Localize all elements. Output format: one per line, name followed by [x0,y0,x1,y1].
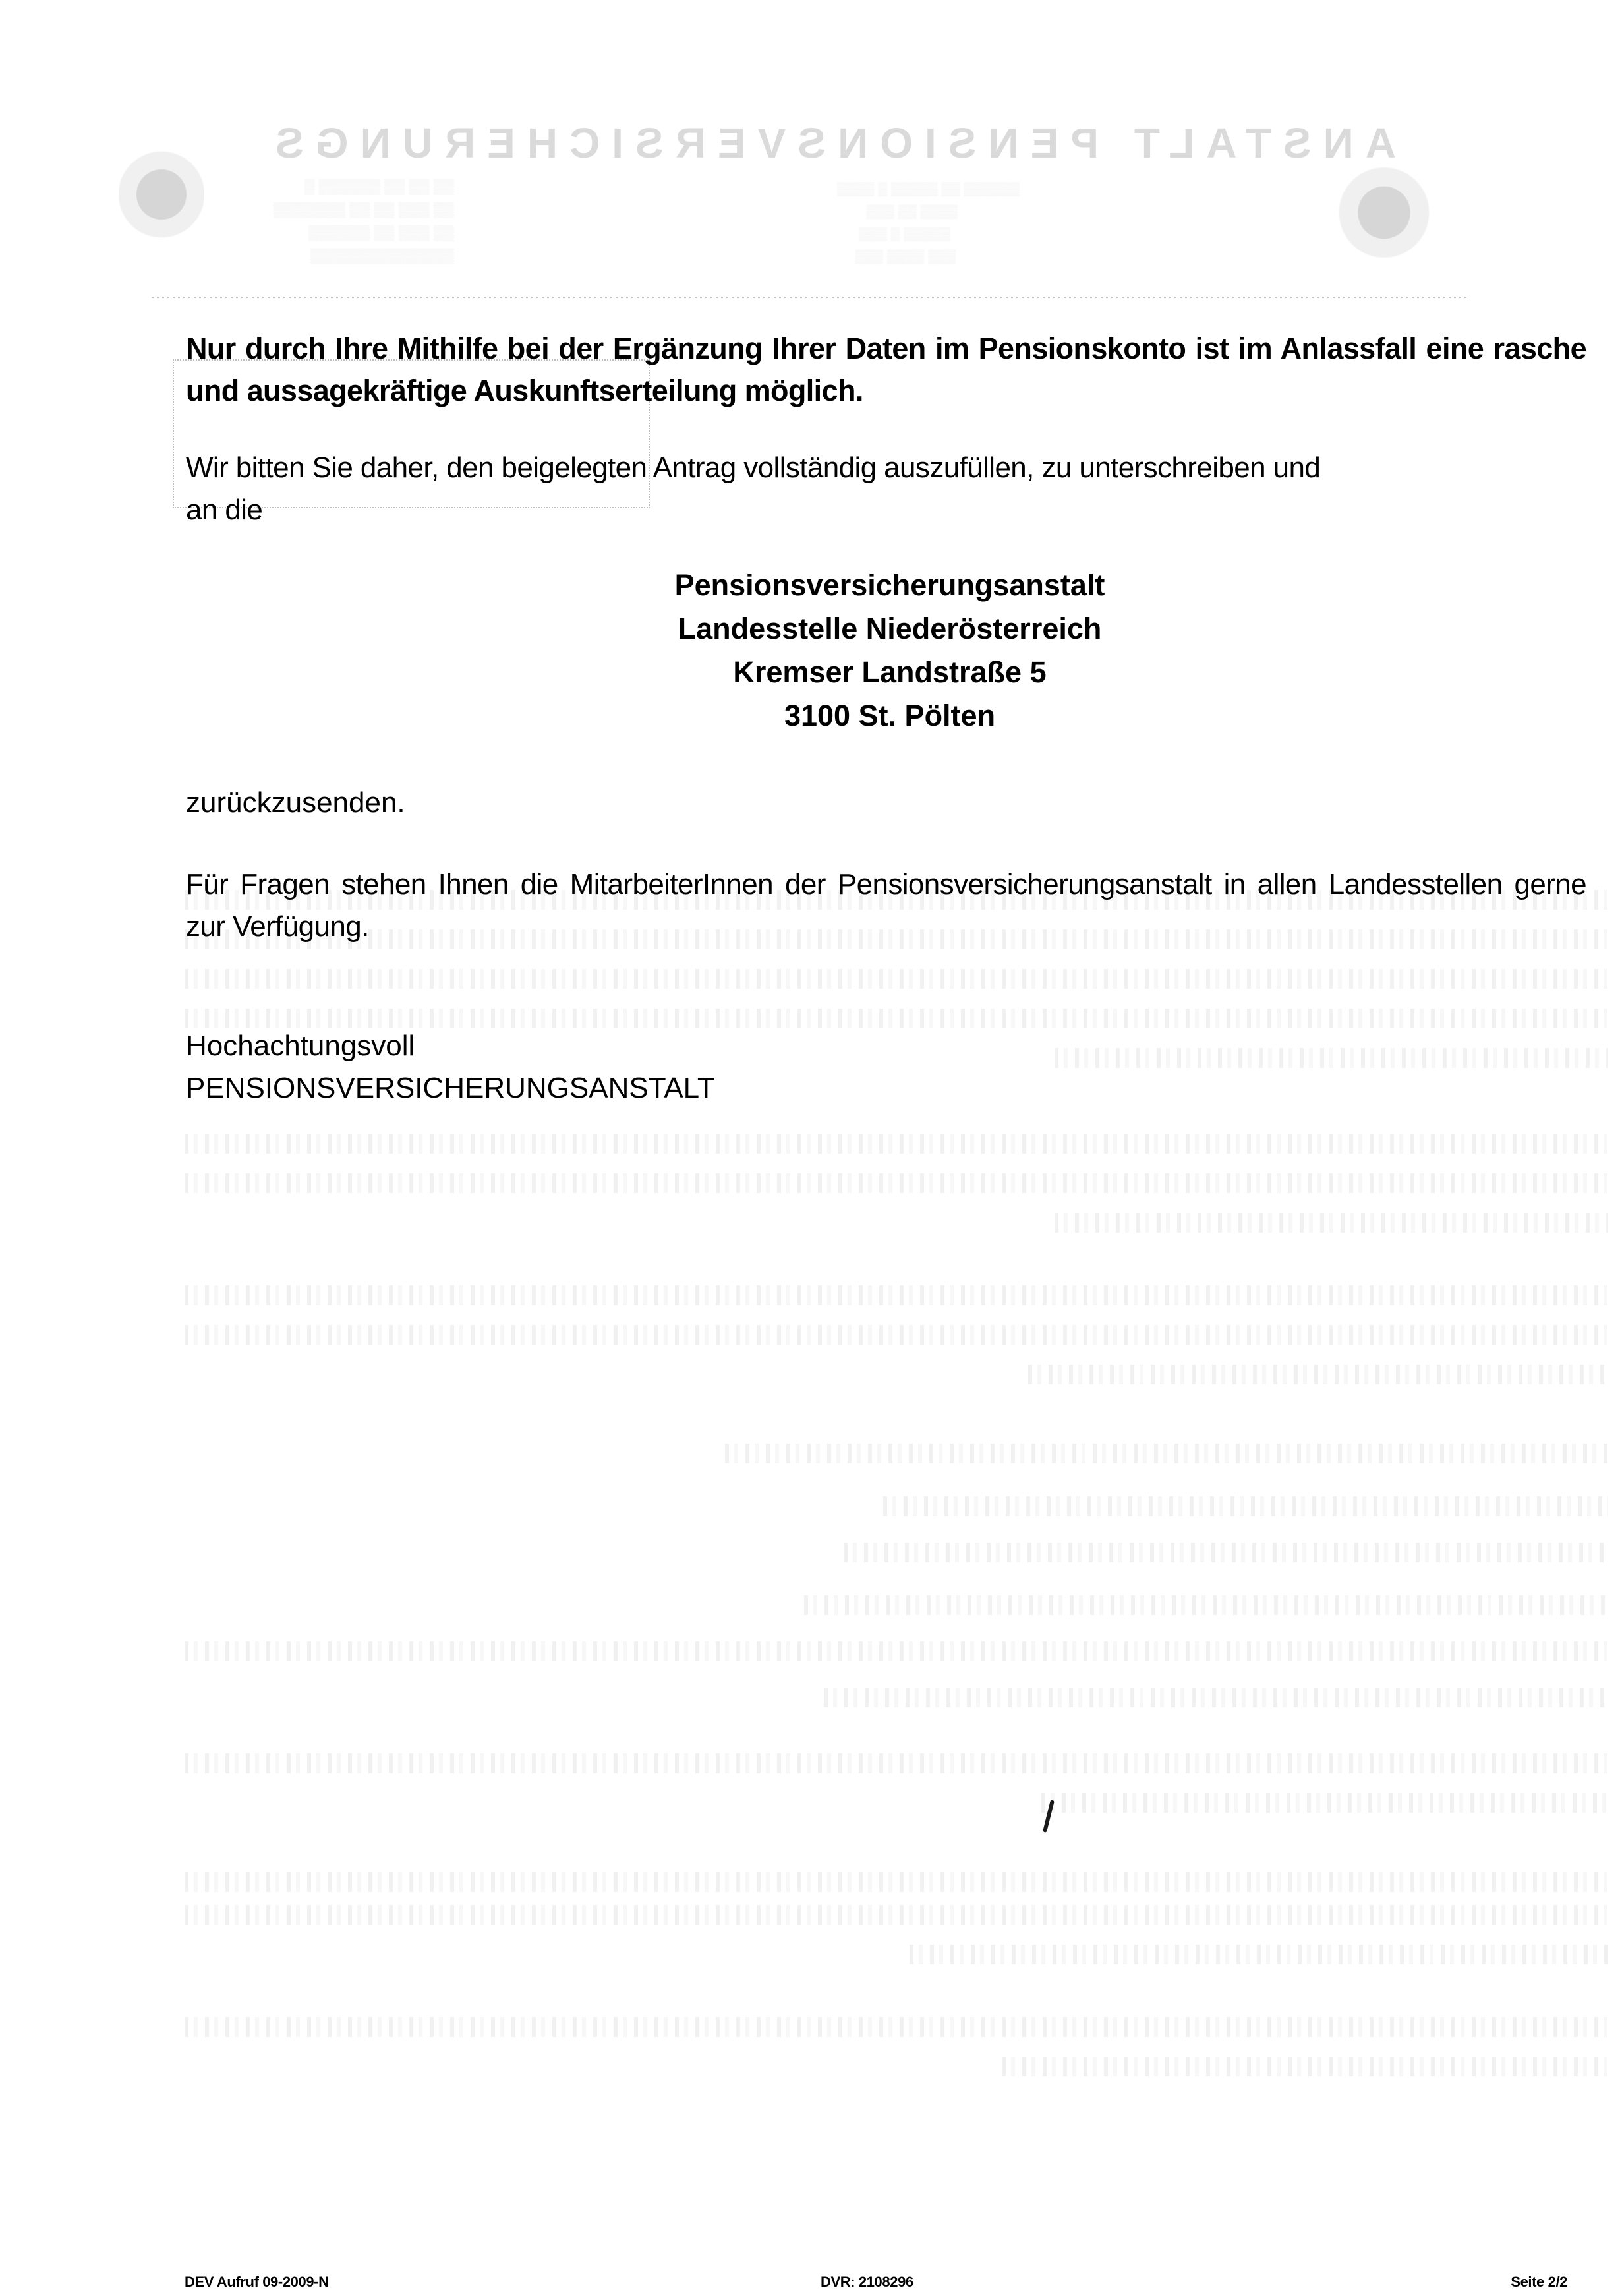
sender-name: PENSIONSVERSICHERUNGSANSTALT [186,1067,715,1109]
footer-page-number: Seite 2/2 [1511,2274,1567,2291]
coat-of-arms-icon [119,138,204,250]
contact-paragraph: Für Fragen stehen Ihnen die MitarbeiterI… [186,864,1586,948]
seal-icon [1338,155,1430,270]
request-text-tail: an die [186,489,1586,531]
document-page: ANSTALT PENSIONSVERSICHERUNGS ▒▒ ▒▒ ▒▒ ▒… [0,0,1620,2296]
address-line-street: Kremser Landstraße 5 [461,651,1318,694]
footer-dvr-number: DVR: 2108296 [821,2274,913,2291]
address-line-organisation: Pensionsversicherungsanstalt [461,564,1318,607]
footer-reference: DEV Aufruf 09-2009-N [185,2274,329,2291]
address-line-office: Landesstelle Niederösterreich [461,607,1318,651]
return-instruction: zurückzusenden. [186,786,405,819]
closing-block: Hochachtungsvoll PENSIONSVERSICHERUNGSAN… [186,1025,715,1109]
request-text: Wir bitten Sie daher, den beigelegten An… [186,452,1320,484]
request-paragraph: Wir bitten Sie daher, den beigelegten An… [186,447,1586,531]
closing-salutation: Hochachtungsvoll [186,1025,715,1067]
mirrored-letterhead-title: ANSTALT PENSIONSVERSICHERUNGS [264,119,1396,167]
return-address-block: Pensionsversicherungsanstalt Landesstell… [461,564,1318,738]
letterhead-showthrough: ANSTALT PENSIONSVERSICHERUNGS ▒▒ ▒▒ ▒▒ ▒… [119,112,1536,310]
header-divider [152,297,1470,298]
address-line-city: 3100 St. Pölten [461,694,1318,738]
intro-paragraph: Nur durch Ihre Mithilfe bei der Ergänzun… [186,328,1586,412]
